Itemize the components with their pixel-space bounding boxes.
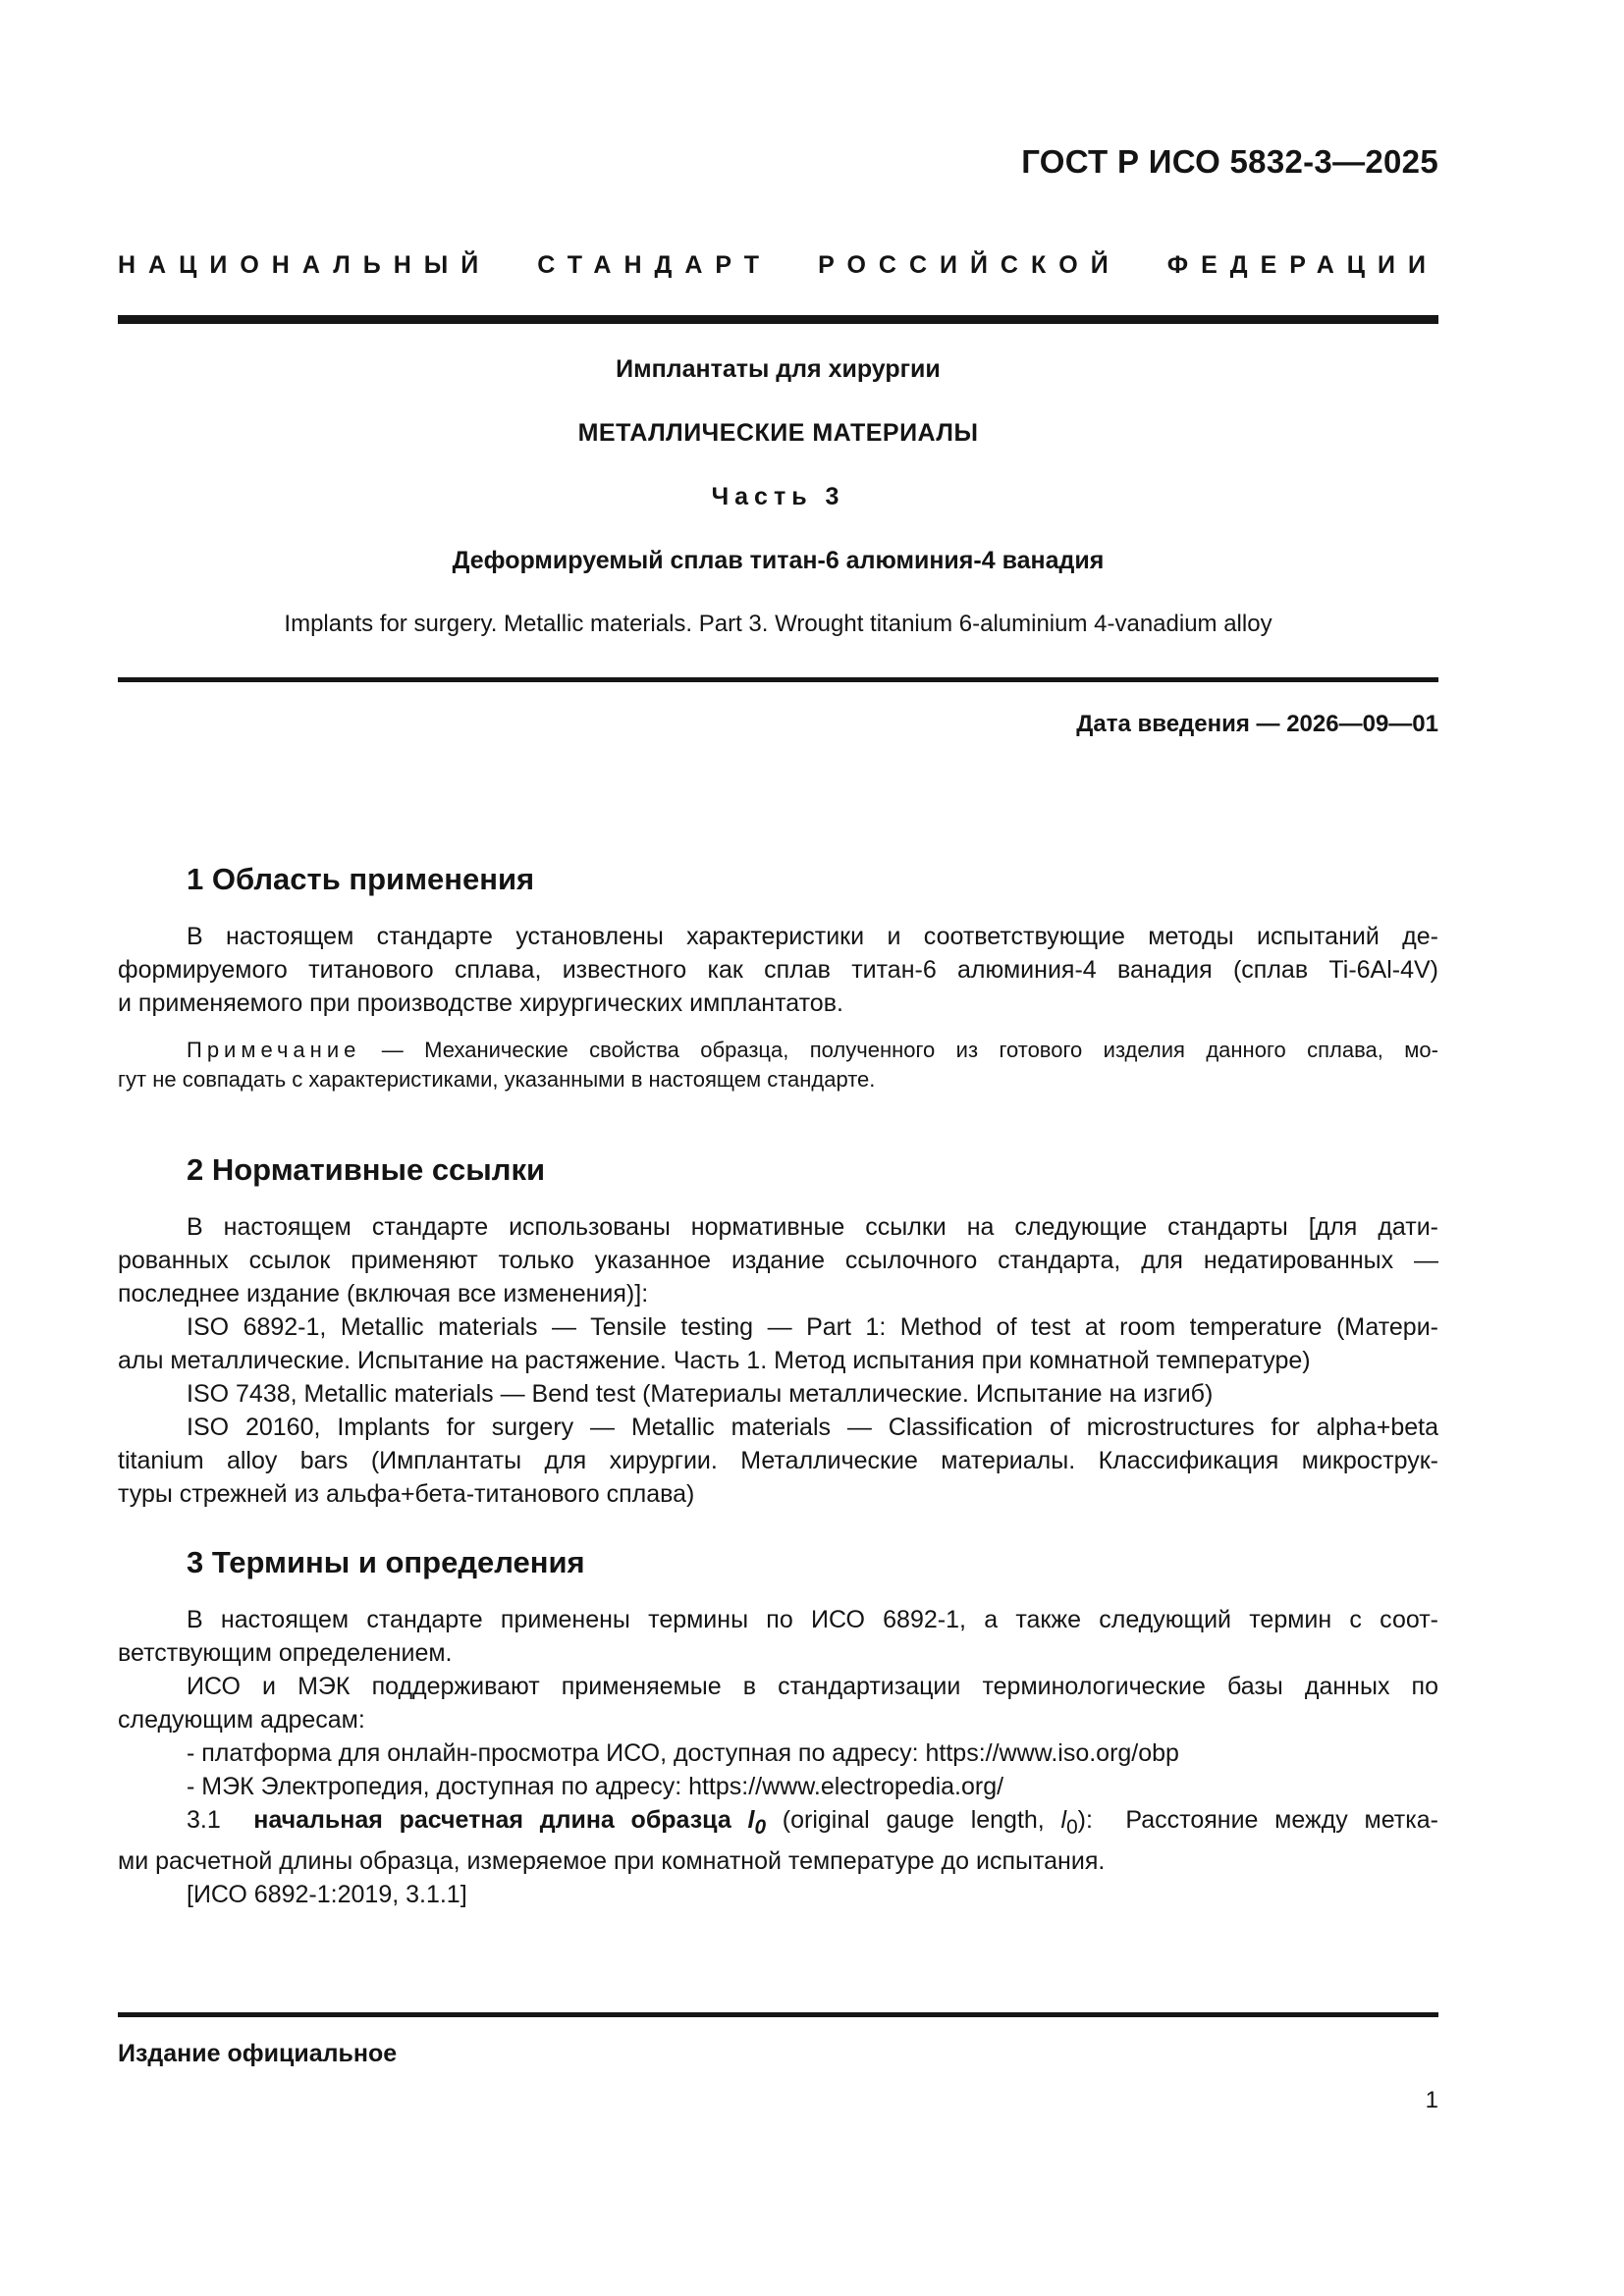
banner-word: СТАНДАРТ [537, 251, 772, 280]
footer-rule [118, 2012, 1438, 2017]
note-line: Примечание — Механические свойства образ… [118, 1036, 1438, 1065]
term-source: [ИСО 6892-1:2019, 3.1.1] [118, 1878, 1438, 1911]
text-line: следующим адресам: [118, 1703, 1438, 1736]
section-2-body: В настоящем стандарте использованы норма… [118, 1210, 1438, 1511]
title-rule [118, 677, 1438, 682]
text-line: ветствующим определением. [118, 1636, 1438, 1670]
term-number: 3.1 [187, 1806, 221, 1834]
document-page: ГОСТ Р ИСО 5832-3—2025 НАЦИОНАЛЬНЫЙ СТАН… [0, 0, 1624, 2296]
section-3-heading: 3 Термины и определения [187, 1545, 585, 1580]
reference-line: titanium alloy bars (Имплантаты для хиру… [118, 1444, 1438, 1477]
reference-line: алы металлические. Испытание на растяжен… [118, 1344, 1438, 1377]
banner-word: РОССИЙСКОЙ [818, 251, 1121, 280]
national-standard-banner: НАЦИОНАЛЬНЫЙ СТАНДАРТ РОССИЙСКОЙ ФЕДЕРАЦ… [118, 251, 1438, 280]
text-line: В настоящем стандарте применены термины … [118, 1603, 1438, 1636]
title-line-1: Имплантаты для хирургии [118, 355, 1438, 384]
banner-word: ФЕДЕРАЦИИ [1167, 251, 1438, 280]
section-1-heading: 1 Область применения [187, 862, 534, 897]
term-symbol: l0 [748, 1806, 767, 1834]
section-2-heading: 2 Нормативные ссылки [187, 1152, 545, 1188]
term-line: 3.1 начальная расчетная длина образца l0… [118, 1803, 1438, 1844]
reference-line: ISO 20160, Implants for surgery — Metall… [118, 1411, 1438, 1444]
text-line: В настоящем стандарте установлены характ… [118, 920, 1438, 953]
text-line: последнее издание (включая все изменения… [118, 1277, 1438, 1310]
banner-word: НАЦИОНАЛЬНЫЙ [118, 251, 491, 280]
title-line-4: Деформируемый сплав титан-6 алюминия-4 в… [118, 547, 1438, 575]
title-part: Часть 3 [118, 483, 1438, 511]
reference-line: ISO 6892-1, Metallic materials — Tensile… [118, 1310, 1438, 1344]
introduction-date: Дата введения — 2026—09—01 [1076, 711, 1438, 738]
term-english: (original gauge length, l0): [783, 1806, 1093, 1834]
text-line: рованных ссылок применяют только указанн… [118, 1244, 1438, 1277]
title-english: Implants for surgery. Metallic materials… [118, 611, 1438, 638]
note-line: гут не совпадать с характеристиками, ука… [118, 1065, 1438, 1095]
text-line: ИСО и МЭК поддерживают применяемые в ста… [118, 1670, 1438, 1703]
document-number: ГОСТ Р ИСО 5832-3—2025 [1021, 143, 1438, 181]
official-edition-label: Издание официальное [118, 2040, 397, 2068]
text-line: формируемого титанового сплава, известно… [118, 953, 1438, 987]
note-text: — Механические свойства образца, получен… [382, 1038, 1438, 1062]
section-1-note: Примечание — Механические свойства образ… [118, 1036, 1438, 1095]
term-definition: Расстояние между метка- [1125, 1806, 1438, 1834]
title-line-2: МЕТАЛЛИЧЕСКИЕ МАТЕРИАЛЫ [118, 419, 1438, 448]
reference-line: ISO 7438, Metallic materials — Bend test… [118, 1377, 1438, 1411]
section-3-body: В настоящем стандарте применены термины … [118, 1603, 1438, 1911]
text-line: и применяемого при производстве хирургич… [118, 987, 1438, 1020]
header-rule [118, 315, 1438, 324]
text-line: В настоящем стандарте использованы норма… [118, 1210, 1438, 1244]
note-label: Примечание [187, 1038, 360, 1062]
reference-line: туры стрежней из альфа+бета-титанового с… [118, 1477, 1438, 1511]
section-1-paragraph: В настоящем стандарте установлены характ… [118, 920, 1438, 1020]
page-number: 1 [1426, 2087, 1438, 2114]
url-list-item: - платформа для онлайн-просмотра ИСО, до… [118, 1736, 1438, 1770]
url-list-item: - МЭК Электропедия, доступная по адресу:… [118, 1770, 1438, 1803]
term-definition-continued: ми расчетной длины образца, измеряемое п… [118, 1844, 1438, 1878]
term-name: начальная расчетная длина образца [253, 1806, 731, 1834]
